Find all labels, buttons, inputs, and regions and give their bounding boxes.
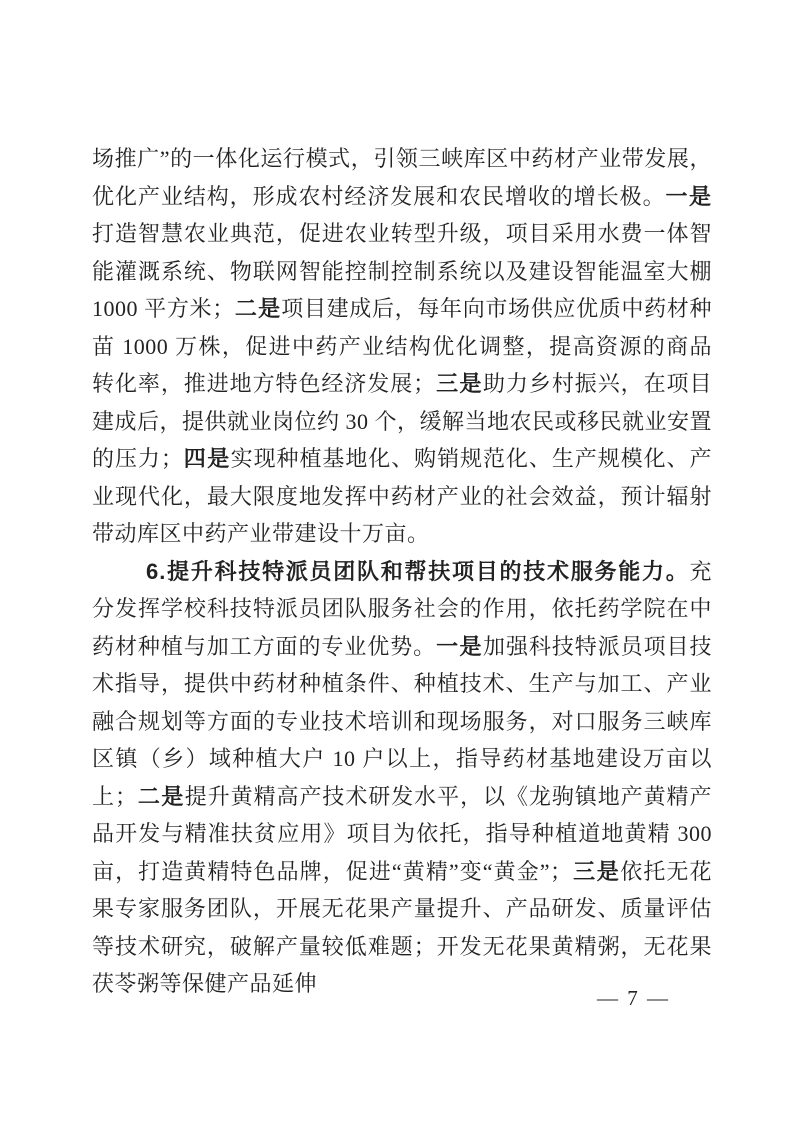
bold-run-sanshi: 三是	[573, 859, 621, 884]
bold-run-sanshi: 三是	[436, 371, 483, 396]
paragraph-item-6: 6.提升科技特派员团队和帮扶项目的技术服务能力。充分发挥学校科技特派员团队服务社…	[92, 553, 712, 1003]
bold-run-yishi: 一是	[436, 634, 483, 659]
text-run: 加强科技特派员项目技术指导，提供中药材种植条件、种植技术、生产与加工、产业融合规…	[92, 634, 712, 809]
paragraph-continued: 场推广”的一体化运行模式，引领三峡库区中药材产业带发展，优化产业结构，形成农村经…	[92, 140, 712, 553]
page-number: — 7 —	[597, 986, 670, 1011]
bold-run-yishi: 一是	[666, 184, 712, 209]
bold-run-ershi: 二是	[137, 784, 184, 809]
text-run: 场推广”的一体化运行模式，引领三峡库区中药材产业带发展，优化产业结构，形成农村经…	[92, 146, 712, 209]
bold-run-ershi: 二是	[235, 296, 282, 321]
document-page: 场推广”的一体化运行模式，引领三峡库区中药材产业带发展，优化产业结构，形成农村经…	[0, 0, 794, 1123]
section-heading-run: 6.提升科技特派员团队和帮扶项目的技术服务能力。	[146, 559, 689, 584]
bold-run-sishi: 四是	[183, 446, 230, 471]
document-body: 场推广”的一体化运行模式，引领三峡库区中药材产业带发展，优化产业结构，形成农村经…	[92, 140, 712, 1003]
